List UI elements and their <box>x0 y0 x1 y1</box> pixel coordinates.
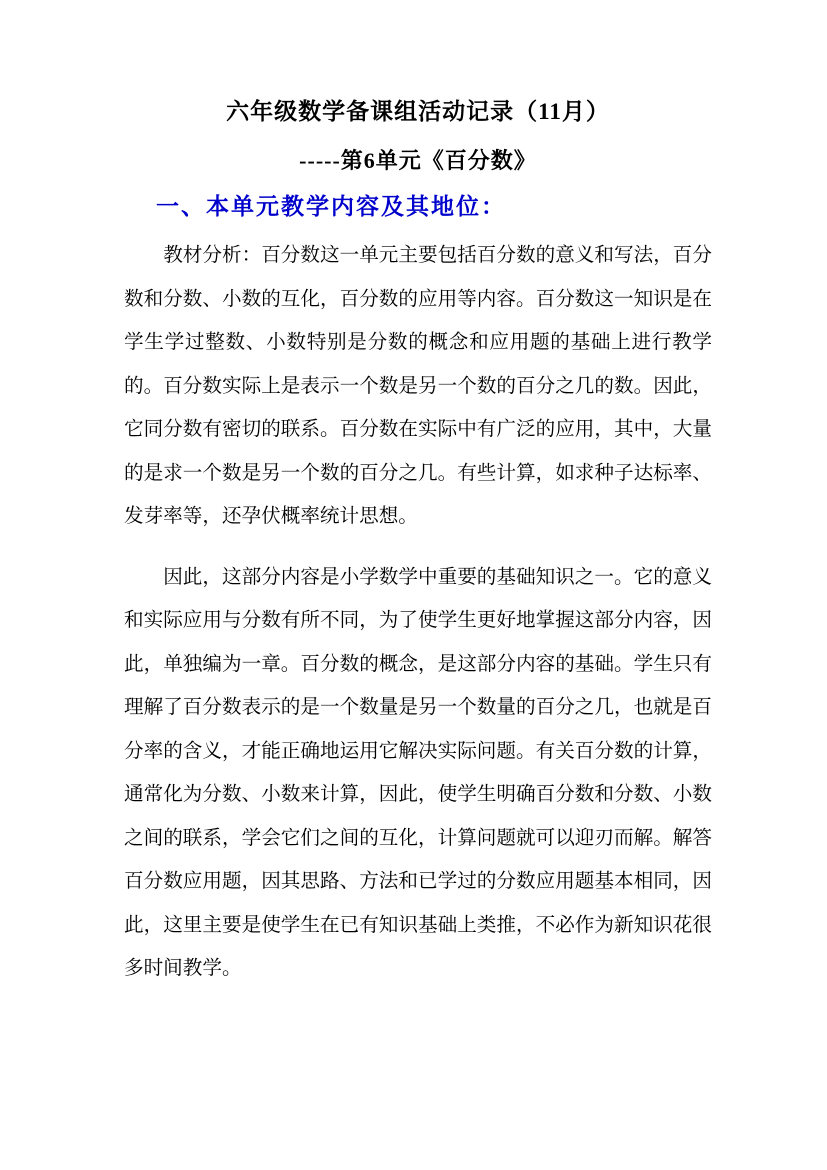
document-page: 六年级数学备课组活动记录（11月） -----第6单元《百分数》 一、本单元教学… <box>0 0 827 1170</box>
paragraph-content-importance: 因此，这部分内容是小学数学中重要的基础知识之一。它的意义和实际应用与分数有所不同… <box>124 556 712 991</box>
paragraph-material-analysis: 教材分析：百分数这一单元主要包括百分数的意义和写法，百分数和分数、小数的互化，百… <box>124 234 712 539</box>
document-title: 六年级数学备课组活动记录（11月） <box>124 96 712 128</box>
document-subtitle: -----第6单元《百分数》 <box>124 146 712 176</box>
document-content: 六年级数学备课组活动记录（11月） -----第6单元《百分数》 一、本单元教学… <box>124 96 712 991</box>
section-heading: 一、本单元教学内容及其地位： <box>124 192 712 222</box>
